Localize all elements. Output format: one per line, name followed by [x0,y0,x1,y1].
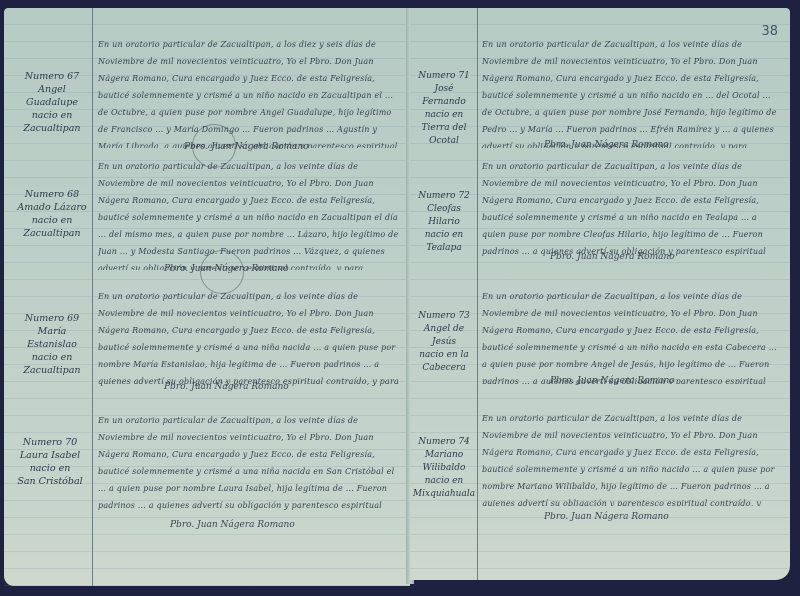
margin-rule [92,8,93,586]
entry-text-70: En un oratorio particular de Zacualtipan… [98,412,402,512]
entry-text-68: En un oratorio particular de Zacualtipan… [98,158,402,270]
entry-text-73: En un oratorio particular de Zacualtipan… [482,288,780,384]
right-page: 38 Numero 71 José Fernando nacio en Tier… [410,8,790,580]
margin-note-70: Numero 70 Laura Isabel nacio en San Cris… [8,436,92,488]
entry-text-67: En un oratorio particular de Zacualtipan… [98,36,402,148]
margin-note-73: Numero 73 Angel de Jesús nacio en la Cab… [412,310,476,375]
margin-note-69: Numero 69 María Estanislao nacio en Zacu… [12,312,92,377]
signature: Pbro. Juan Nágera Romano [544,140,669,150]
signature: Pbro. Juan Nágera Romano [170,520,295,530]
entry-text-71: En un oratorio particular de Zacualtipan… [482,36,780,148]
signature: Pbro. Juan Nágera Romano [550,252,675,262]
margin-note-67: Numero 67 Angel Guadalupe nacio en Zacua… [12,70,92,135]
left-page: Numero 67 Angel Guadalupe nacio en Zacua… [4,8,410,586]
margin-note-71: Numero 71 José Fernando nacio en Tierra … [412,70,476,148]
entry-text-72: En un oratorio particular de Zacualtipan… [482,158,780,258]
margin-note-68: Numero 68 Amado Lázaro nacio en Zacualti… [12,188,92,240]
signature: Pbro. Juan Nágera Romano [550,376,675,386]
open-register-book: Numero 67 Angel Guadalupe nacio en Zacua… [0,0,800,596]
signature: Pbro. Juan Nágera Romano [544,512,669,522]
signature: Pbro. Juan Nágera Romano [164,382,289,392]
margin-note-72: Numero 72 Cleofas Hilario nacio en Teala… [412,190,476,255]
entry-text-74: En un oratorio particular de Zacualtipan… [482,410,780,506]
margin-note-74: Numero 74 Mariano Wilibaldo nacio en Mix… [412,436,476,501]
margin-rule [477,8,478,580]
entry-text-69: En un oratorio particular de Zacualtipan… [98,288,402,388]
